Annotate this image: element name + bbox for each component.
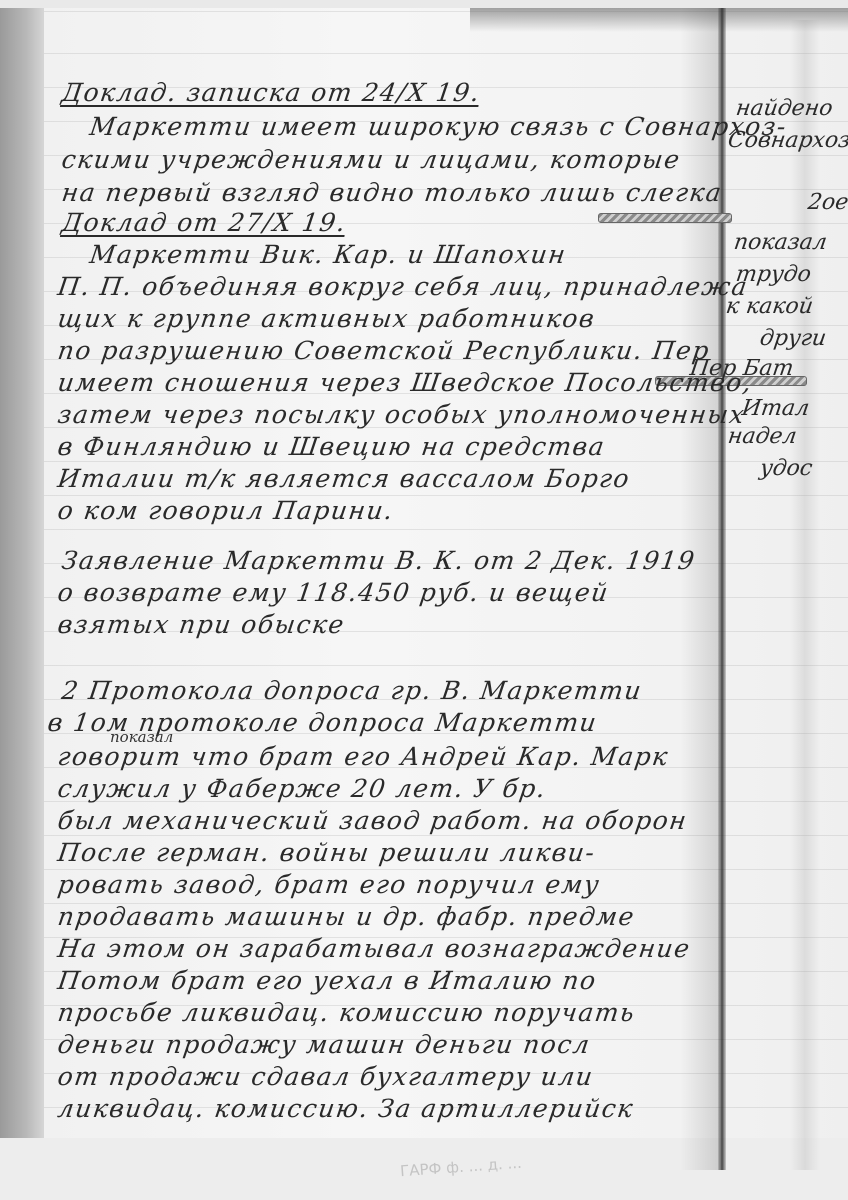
text-line: Маркетти имеет широкую связь с Совнархоз… bbox=[88, 112, 789, 141]
text-line: взятых при обыске bbox=[56, 610, 347, 639]
text-line: о ком говорил Парини. bbox=[56, 496, 396, 525]
text-line: Маркетти Вик. Кар. и Шапохин bbox=[88, 240, 569, 269]
paper-strip-1 bbox=[598, 213, 732, 223]
heading-report-24-x: Доклад. записка от 24/X 19. bbox=[60, 78, 482, 107]
margin-note: трудо bbox=[734, 262, 812, 287]
text-line: деньги продажу машин деньги посл bbox=[56, 1030, 593, 1059]
text-line: просьбе ликвидац. комиссию поручать bbox=[56, 998, 637, 1027]
margin-note: удос bbox=[758, 456, 814, 481]
text-line: был механический завод работ. на оборон bbox=[56, 806, 690, 835]
text-line: П. П. объединяя вокруг себя лиц, принадл… bbox=[56, 272, 750, 301]
text-line: от продажи сдавал бухгалтеру или bbox=[56, 1062, 596, 1091]
text-line: на первый взгляд видно только лишь слегк… bbox=[60, 178, 724, 207]
heading-report-27-x: Доклад от 27/X 19. bbox=[60, 208, 348, 237]
margin-note: Совнархоз bbox=[726, 128, 848, 153]
text-line: скими учреждениями и лицами, которые bbox=[60, 145, 683, 174]
text-line: ровать завод, брат его поручил ему bbox=[56, 870, 602, 899]
text-line: затем через посылку особых уполномоченны… bbox=[56, 400, 747, 429]
margin-note: найдено bbox=[734, 96, 834, 121]
margin-note: надел bbox=[726, 424, 798, 449]
text-line-struck: говорит что брат его Андрей Кар. Марк bbox=[56, 742, 671, 771]
margin-note: Итал bbox=[740, 396, 811, 421]
text-line: продавать машины и др. фабр. предме bbox=[56, 902, 637, 931]
scan-left-edge bbox=[0, 8, 44, 1138]
margin-note: Пер Бат bbox=[688, 356, 795, 381]
text-line: в Финляндию и Швецию на средства bbox=[56, 432, 607, 461]
margin-note: 2ое bbox=[806, 190, 848, 215]
text-line: имеет сношения через Шведское Посольство… bbox=[56, 368, 755, 397]
text-line: служил у Фаберже 20 лет. У бр. bbox=[56, 774, 548, 803]
text-line: щих к группе активных работников bbox=[56, 304, 597, 333]
text-line: о возврате ему 118.450 руб. и вещей bbox=[56, 578, 611, 607]
text-line: Потом брат его уехал в Италию по bbox=[56, 966, 599, 995]
statement-heading: Заявление Маркетти В. К. от 2 Дек. 1919 bbox=[60, 546, 698, 575]
text-line: На этом он зарабатывал вознаграждение bbox=[56, 934, 693, 963]
text-line: После герман. войны решили ликви- bbox=[56, 838, 598, 867]
margin-note: други bbox=[758, 326, 828, 351]
text-line: по разрушению Советской Республики. Пер bbox=[56, 336, 712, 365]
protocols-heading: 2 Протокола допроса гр. В. Маркетти bbox=[60, 676, 644, 705]
margin-note: к какой bbox=[724, 294, 814, 319]
text-line: ликвидац. комиссию. За артиллерийск bbox=[56, 1094, 636, 1123]
margin-note: показал bbox=[732, 230, 828, 255]
text-line: Италии т/к является вассалом Борго bbox=[56, 464, 632, 493]
